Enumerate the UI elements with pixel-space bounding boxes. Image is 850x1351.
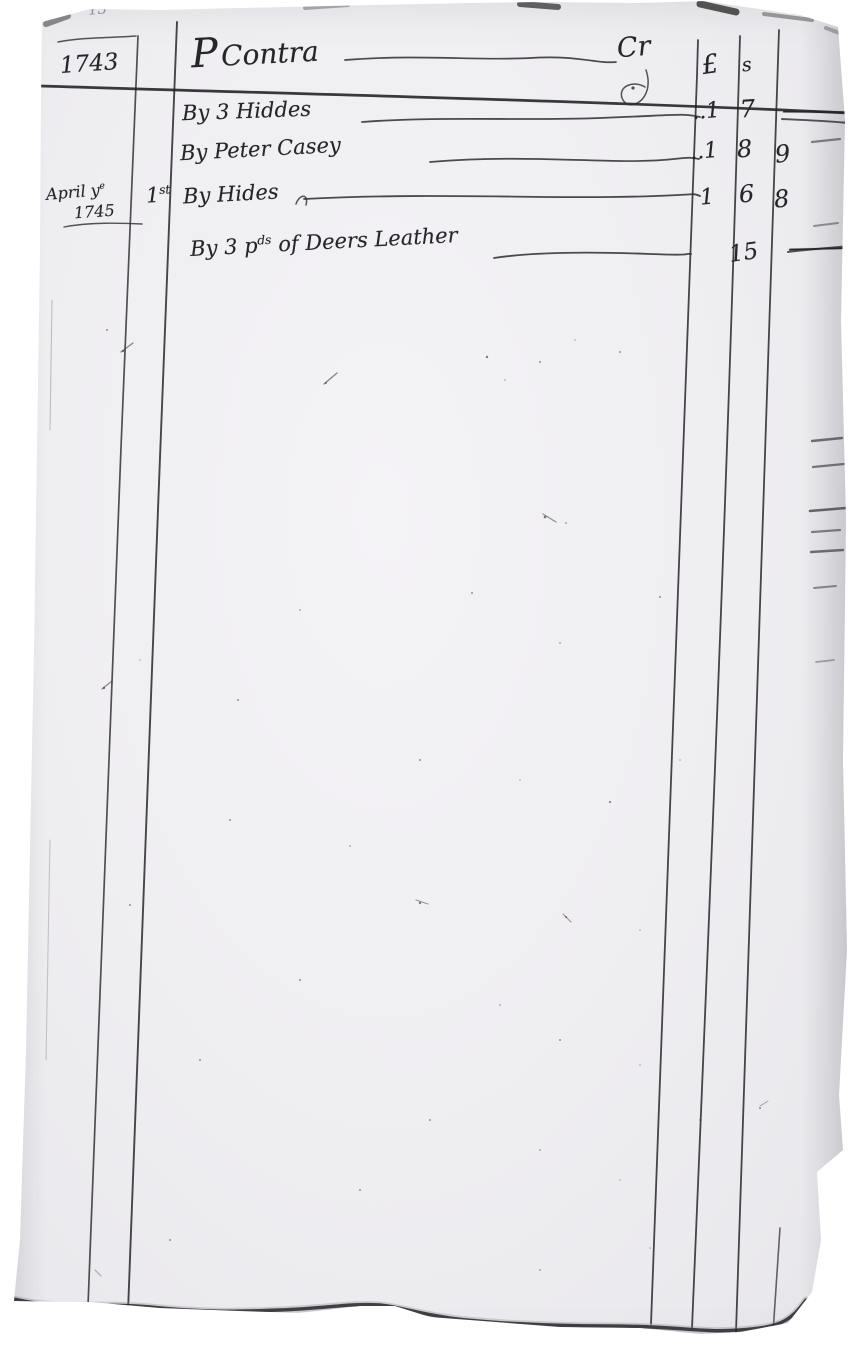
entry-desc-text: By 3 p — [190, 233, 259, 260]
ruling-lines — [46, 22, 780, 1333]
entry-shillings: 8 — [736, 136, 753, 162]
entry-desc-sup: ds — [257, 233, 272, 248]
shillings-column-header: s — [741, 56, 753, 77]
entry-description: By 3 Hiddes — [182, 98, 312, 125]
entry-shillings: 7 — [739, 96, 756, 122]
page-scratches — [95, 343, 768, 1276]
bottom-edge — [14, 1299, 806, 1331]
entry-desc-text: By 3 Hiddes — [182, 97, 312, 125]
page-sheet: 13 1743 PContra Cr £ s April ye 1745 1st… — [0, 0, 850, 1351]
per-symbol: P — [190, 30, 219, 77]
page-ruling — [0, 0, 850, 1351]
margin-day-sup: st — [159, 182, 171, 197]
entry-shillings: 15 — [727, 239, 759, 267]
scanned-ledger-document: 13 1743 PContra Cr £ s April ye 1745 1st… — [0, 0, 850, 1351]
folio-number: 13 — [87, 1, 107, 18]
header-rule — [40, 36, 848, 113]
entry-pounds: ..1 — [689, 139, 719, 164]
margin-month-sup: e — [99, 180, 105, 191]
entry-pence: — — [786, 236, 810, 261]
margin-date-year: 1745 — [73, 203, 115, 223]
entry-pence-dash: — — [779, 98, 850, 124]
entry-description: By Hides — [182, 181, 279, 208]
entry-shillings: 6 — [738, 181, 755, 207]
page-specks — [103, 329, 761, 1271]
entry-pence: — — [780, 98, 804, 123]
entry-pence: 9 — [774, 141, 792, 168]
entry-pence-dash: — — [784, 234, 850, 261]
credit-abbr: Cr — [616, 33, 652, 64]
top-edge-marks — [46, 4, 842, 34]
entry-pounds: ..1 — [691, 99, 721, 124]
page-title: PContra — [190, 27, 320, 76]
pounds-column-header: £ — [700, 51, 720, 80]
entry-desc-text: By Hides — [182, 180, 279, 209]
entry-pounds: 1 — [699, 185, 715, 209]
page-title-text: Contra — [220, 35, 319, 73]
entry-pence: 8 — [773, 186, 791, 213]
page-edge-shading — [12, 10, 850, 1340]
margin-day: 1st — [145, 183, 171, 206]
year-label: 1743 — [59, 50, 119, 78]
